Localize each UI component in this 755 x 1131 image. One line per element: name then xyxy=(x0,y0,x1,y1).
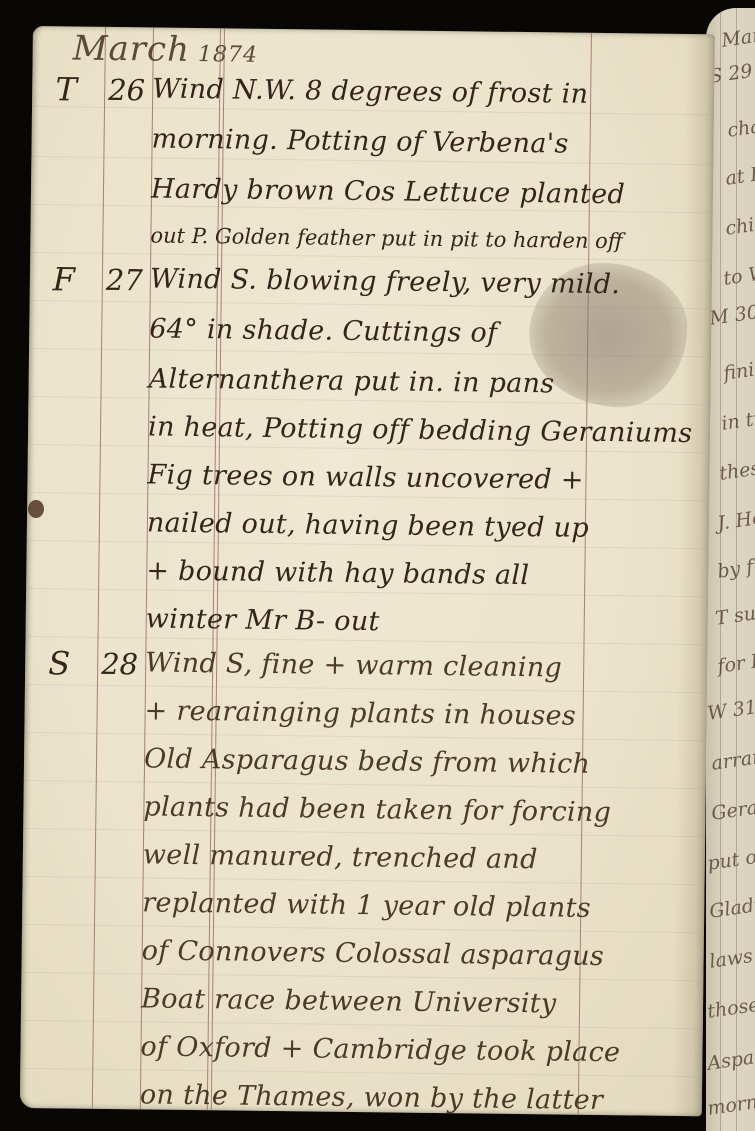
row-rule xyxy=(21,972,703,981)
adjacent-fragment: W 31 Wind N.W xyxy=(706,682,755,725)
page-title: March1874 xyxy=(72,28,258,70)
entry-line: on the Thames, won by the latter xyxy=(140,1079,604,1116)
adjacent-fragment: morning. Edw xyxy=(706,1079,755,1120)
entry-line: Old Asparagus beds from which xyxy=(144,743,591,779)
row-rule xyxy=(26,588,708,597)
entry-line: Wind S, fine + warm cleaning xyxy=(145,647,562,683)
entry-line: Alternanthera put in. in pans xyxy=(149,363,555,399)
entry-line: Hardy brown Cos Lettuce planted xyxy=(151,173,625,210)
entry-day: 27 xyxy=(106,263,143,297)
entry-day: 26 xyxy=(108,73,145,107)
adjacent-fragment: S 29 Wind xyxy=(708,52,755,88)
row-rule xyxy=(27,540,709,549)
row-rule xyxy=(31,156,713,165)
entry-line: 64° in shade. Cuttings of xyxy=(149,313,497,348)
row-rule xyxy=(21,1020,703,1029)
entry-weekday: T xyxy=(46,70,86,108)
adjacent-fragment: Asparagus. xyxy=(706,1038,755,1075)
adjacent-fragment: Gladiolus xyxy=(708,888,755,922)
entry-line: nailed out, having been tyed up xyxy=(147,507,589,543)
entry-line: winter Mr B- out xyxy=(146,603,380,637)
row-rule xyxy=(23,828,705,837)
adjacent-fragment: chin xyxy=(724,212,755,240)
header-year: 1874 xyxy=(198,42,258,68)
row-rule xyxy=(32,106,714,115)
adjacent-fragment: laws open xyxy=(708,938,755,973)
diary-scan: March S 29 Wind cha at L chin to Wa M 30… xyxy=(0,0,755,1131)
entry-line: plants had been taken for forcing xyxy=(143,791,611,828)
entry-line: + rearainging plants in houses xyxy=(144,695,576,731)
entry-line: Fig trees on walls uncovered + xyxy=(147,459,584,495)
adjacent-page: March S 29 Wind cha at L chin to Wa M 30… xyxy=(706,8,755,1131)
ink-blot xyxy=(28,500,44,518)
row-rule xyxy=(30,252,712,261)
entry-line: Boat race between University xyxy=(141,983,557,1019)
adjacent-fragment: March xyxy=(720,21,755,52)
entry-line: + bound with hay bands all xyxy=(146,555,529,591)
row-rule xyxy=(22,924,704,933)
entry-line: Wind S. blowing freely, very mild. xyxy=(150,263,621,300)
row-rule xyxy=(24,732,706,741)
entry-line: replanted with 1 year old plants xyxy=(142,887,591,923)
row-rule xyxy=(20,1068,702,1077)
entry-weekday: F xyxy=(44,260,84,298)
entry-line: Wind N.W. 8 degrees of frost in xyxy=(152,73,588,109)
adjacent-fragment: Geranium xyxy=(710,790,755,825)
adjacent-fragment: in tin xyxy=(720,406,755,435)
adjacent-fragment: at L xyxy=(724,163,755,190)
adjacent-fragment: finish xyxy=(722,356,755,385)
header-month: March xyxy=(72,28,190,69)
adjacent-fragment: arrangate xyxy=(710,740,755,775)
row-rule xyxy=(27,492,709,501)
diary-page: March1874 T 26 Wind N.W. 8 degrees of fr… xyxy=(20,26,715,1116)
adjacent-fragment: those for wa xyxy=(706,984,755,1022)
entry-day: 28 xyxy=(101,647,138,681)
row-rule xyxy=(25,684,707,693)
entry-line: of Connovers Colossal asparagus xyxy=(142,935,605,972)
entry-line: well manured, trenched and xyxy=(143,839,538,875)
column-rule-weekday xyxy=(92,27,107,1109)
entry-line: in heat, Potting off bedding Geraniums xyxy=(148,411,693,449)
adjacent-fragment: to Wa xyxy=(722,260,755,289)
adjacent-fragment: cha xyxy=(726,115,755,142)
adjacent-fragment: put off pot xyxy=(706,839,755,875)
entry-weekday: S xyxy=(39,644,79,682)
row-rule xyxy=(23,876,705,885)
entry-line: morning. Potting of Verbena's xyxy=(151,123,568,159)
row-rule xyxy=(26,636,708,645)
adjacent-fragment: M 30 Wind xyxy=(708,293,755,329)
entry-line: of Oxford + Cambridge took place xyxy=(140,1031,620,1068)
row-rule xyxy=(24,780,706,789)
